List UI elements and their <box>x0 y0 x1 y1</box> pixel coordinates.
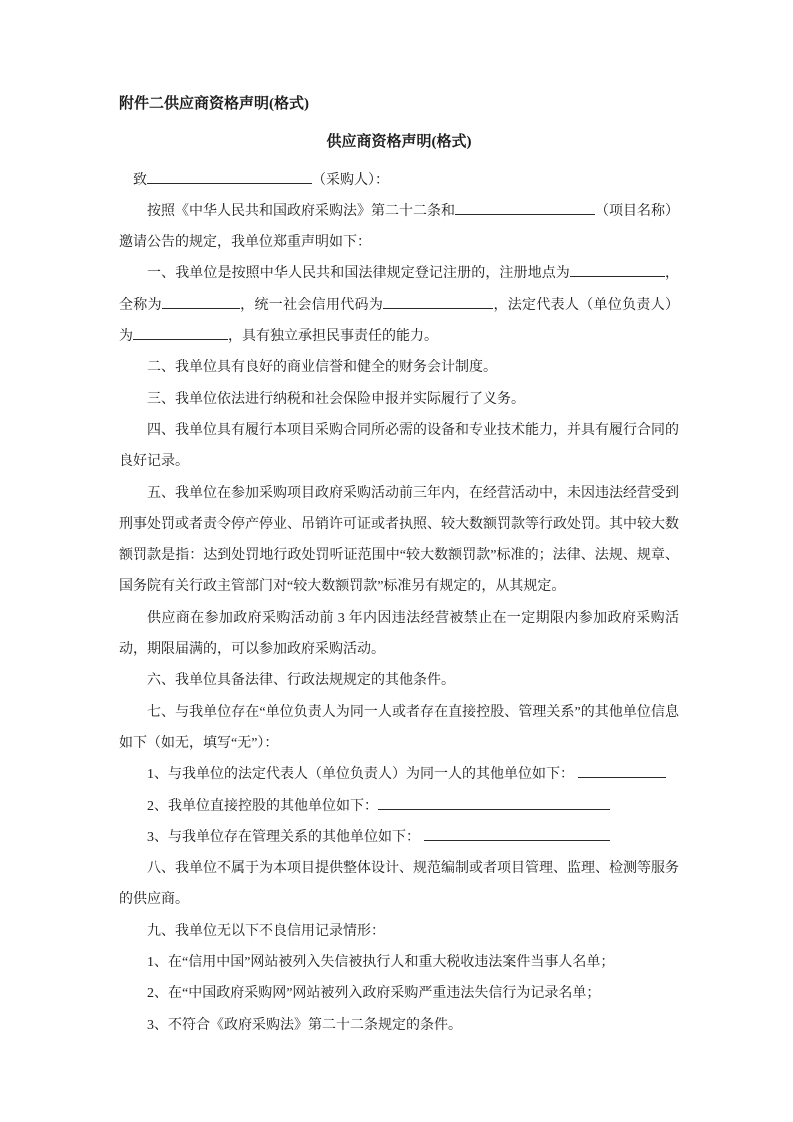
text-run: 四、我单位具有履行本项目采购合同所必需的设备和专业技术能力，并具有履行合同的良好… <box>119 423 679 469</box>
blank-fill-line <box>424 826 610 841</box>
para-item-6: 六、我单位具备法律、行政法规规定的其他条件。 <box>119 665 679 696</box>
para-item-7-sub-2: 2、我单位直接控股的其他单位如下： <box>119 791 679 822</box>
para-item-2: 二、我单位具有良好的商业信誉和健全的财务会计制度。 <box>119 352 679 383</box>
text-run: 3、与我单位存在管理关系的其他单位如下： <box>147 830 424 845</box>
para-item-9-sub-2: 2、在“中国政府采购网”网站被列入政府采购严重违法失信行为记录名单； <box>119 978 679 1009</box>
text-run: ，统一社会信用代码为 <box>240 298 383 313</box>
blank-fill-line <box>378 795 610 810</box>
para-item-9-sub-1: 1、在“信用中国”网站被列入失信被执行人和重大税收违法案件当事人名单； <box>119 947 679 978</box>
text-run: 1、与我单位的法定代表人（单位负责人）为同一人的其他单位如下： <box>147 767 578 782</box>
text-run: 六、我单位具备法律、行政法规规定的其他条件。 <box>147 673 455 688</box>
blank-fill-line <box>455 200 595 215</box>
text-run: 供应商在参加政府采购活动前 3 年内因违法经营被禁止在一定期限内参加政府采购活动… <box>119 611 679 657</box>
para-item-9: 九、我单位无以下不良信用记录情形： <box>119 916 679 947</box>
text-run: 2、我单位直接控股的其他单位如下： <box>147 799 378 814</box>
para-item-4: 四、我单位具有履行本项目采购合同所必需的设备和专业技术能力，并具有履行合同的良好… <box>119 415 679 478</box>
text-run: 三、我单位依法进行纳税和社会保险申报并实际履行了义务。 <box>147 392 525 407</box>
text-run: 2、在“中国政府采购网”网站被列入政府采购严重违法失信行为记录名单； <box>147 986 600 1001</box>
text-run: 七、与我单位存在“单位负责人为同一人或者存在直接控股、管理关系”的其他单位信息如… <box>119 705 679 751</box>
para-salutation: 致（采购人）： <box>119 165 679 196</box>
text-run: 1、在“信用中国”网站被列入失信被执行人和重大税收违法案件当事人名单； <box>147 955 614 970</box>
para-item-7-sub-1: 1、与我单位的法定代表人（单位负责人）为同一人的其他单位如下： <box>119 759 679 790</box>
para-item-5-note: 供应商在参加政府采购活动前 3 年内因违法经营被禁止在一定期限内参加政府采购活动… <box>119 603 679 666</box>
text-run: 八、我单位不属于为本项目提供整体设计、规范编制或者项目管理、监理、检测等服务的供… <box>119 861 679 907</box>
text-run: 3、不符合《政府采购法》第二十二条规定的条件。 <box>147 1018 462 1033</box>
blank-fill-line <box>147 169 312 184</box>
para-item-5: 五、我单位在参加采购项目政府采购活动前三年内，在经营活动中，未因违法经营受到刑事… <box>119 478 679 603</box>
para-item-9-sub-3: 3、不符合《政府采购法》第二十二条规定的条件。 <box>119 1010 679 1041</box>
text-run: 按照《中华人民共和国政府采购法》第二十二条和 <box>147 204 455 219</box>
blank-fill-line <box>383 294 493 309</box>
para-preamble: 按照《中华人民共和国政府采购法》第二十二条和（项目名称）邀请公告的规定，我单位郑… <box>119 196 679 259</box>
blank-fill-line <box>162 294 240 309</box>
text-run: 九、我单位无以下不良信用记录情形： <box>147 924 385 939</box>
para-item-8: 八、我单位不属于为本项目提供整体设计、规范编制或者项目管理、监理、检测等服务的供… <box>119 853 679 916</box>
para-item-7: 七、与我单位存在“单位负责人为同一人或者存在直接控股、管理关系”的其他单位信息如… <box>119 697 679 760</box>
attachment-heading: 附件二供应商资格声明(格式) <box>119 89 679 120</box>
text-run: 五、我单位在参加采购项目政府采购活动前三年内，在经营活动中，未因违法经营受到刑事… <box>119 486 679 595</box>
document-title: 供应商资格声明(格式) <box>119 127 679 158</box>
text-run: 致 <box>133 173 147 188</box>
blank-fill-line <box>578 763 666 778</box>
text-run: 二、我单位具有良好的商业信誉和健全的财务会计制度。 <box>147 360 497 375</box>
blank-fill-line <box>133 325 228 340</box>
text-run: ，具有独立承担民事责任的能力。 <box>228 329 438 344</box>
text-run: 一、我单位是按照中华人民共和国法律规定登记注册的，注册地点为 <box>147 266 570 281</box>
text-run: （采购人）： <box>312 173 389 188</box>
document-page: 附件二供应商资格声明(格式) 供应商资格声明(格式) 致（采购人）：按照《中华人… <box>0 0 793 1122</box>
blank-fill-line <box>570 262 665 277</box>
para-item-1: 一、我单位是按照中华人民共和国法律规定登记注册的，注册地点为，全称为，统一社会信… <box>119 258 679 352</box>
para-item-3: 三、我单位依法进行纳税和社会保险申报并实际履行了义务。 <box>119 384 679 415</box>
para-item-7-sub-3: 3、与我单位存在管理关系的其他单位如下： <box>119 822 679 853</box>
document-body: 致（采购人）：按照《中华人民共和国政府采购法》第二十二条和（项目名称）邀请公告的… <box>119 165 679 1041</box>
